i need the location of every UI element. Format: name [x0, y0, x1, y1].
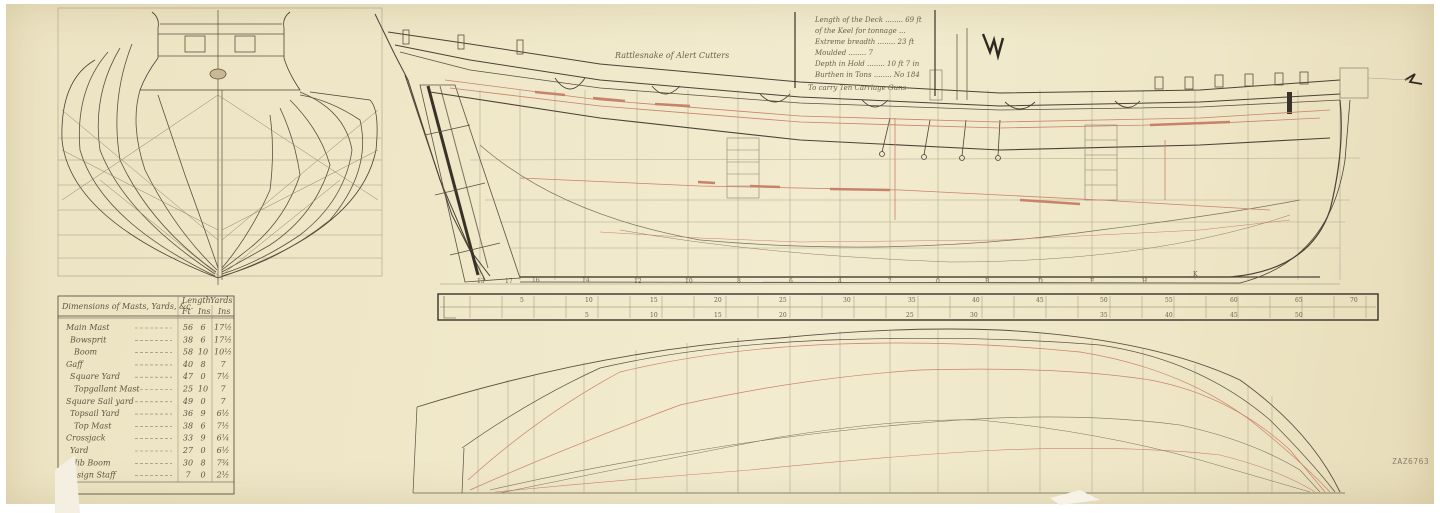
dimensions-table-rows: Main Mast56617½Bowsprit38617½Boom581010½…: [65, 323, 232, 480]
svg-text:K: K: [1193, 271, 1198, 278]
svg-text:7: 7: [185, 471, 191, 480]
half-breadth-plan: [413, 329, 1345, 493]
table-row: Top Mast3867½: [74, 421, 229, 430]
svg-text:14: 14: [582, 277, 590, 284]
svg-text:of the Keel for tonnage ...: of the Keel for tonnage ...: [815, 27, 906, 35]
svg-text:Crossjack: Crossjack: [66, 434, 106, 443]
svg-text:2: 2: [888, 278, 892, 285]
svg-text:Ins: Ins: [197, 307, 210, 316]
svg-text:5: 5: [520, 297, 524, 304]
svg-text:D: D: [1038, 278, 1043, 285]
svg-text:50: 50: [1295, 312, 1303, 319]
svg-text:7: 7: [220, 397, 226, 406]
svg-text:35: 35: [1100, 312, 1108, 319]
table-row: Main Mast56617½: [65, 323, 232, 332]
svg-text:6½: 6½: [217, 409, 230, 418]
svg-text:36: 36: [183, 409, 193, 418]
svg-text:15: 15: [714, 312, 722, 319]
svg-text:38: 38: [183, 335, 193, 344]
svg-text:27: 27: [182, 446, 194, 455]
svg-text:9: 9: [200, 409, 205, 418]
scale-bar: 5 10 15 20 25 30 35 40 45 50 55 60 65 70…: [438, 294, 1378, 320]
svg-text:20: 20: [714, 297, 722, 304]
svg-text:25: 25: [779, 297, 787, 304]
svg-text:8: 8: [737, 278, 741, 285]
table-row: Jib Boom3087¾: [72, 458, 229, 467]
svg-text:Ins: Ins: [217, 307, 230, 316]
svg-text:10½: 10½: [214, 348, 232, 357]
svg-text:45: 45: [1230, 312, 1238, 319]
svg-text:16: 16: [532, 277, 540, 284]
svg-text:40: 40: [972, 297, 980, 304]
svg-text:25: 25: [906, 312, 914, 319]
svg-text:6¼: 6¼: [217, 434, 230, 443]
svg-text:Jib Boom: Jib Boom: [72, 458, 111, 467]
svg-text:Dimensions of Masts, Yards, &c: Dimensions of Masts, Yards, &c.: [61, 302, 193, 311]
svg-text:Boom: Boom: [73, 348, 98, 357]
svg-text:47: 47: [182, 372, 194, 381]
svg-text:10: 10: [585, 297, 593, 304]
table-row: Crossjack3396¼: [66, 434, 229, 443]
svg-text:Moulded ........ 7: Moulded ........ 7: [814, 49, 873, 57]
svg-text:7½: 7½: [217, 421, 230, 430]
svg-text:Yards: Yards: [210, 296, 232, 305]
svg-text:35: 35: [908, 297, 916, 304]
svg-text:7: 7: [220, 360, 226, 369]
svg-text:9: 9: [200, 434, 205, 443]
svg-text:6½: 6½: [217, 446, 230, 455]
svg-text:Topgallant Mast: Topgallant Mast: [74, 385, 140, 394]
archive-stamp: ZAZ6763: [1392, 457, 1429, 466]
svg-text:45: 45: [1036, 297, 1044, 304]
svg-text:6: 6: [789, 278, 793, 285]
svg-text:50: 50: [1100, 297, 1108, 304]
svg-text:8: 8: [200, 360, 205, 369]
svg-text:33: 33: [183, 434, 193, 443]
particulars-box: Length of the Deck ........ 69 ft of the…: [795, 10, 935, 96]
svg-text:10: 10: [198, 348, 208, 357]
svg-text:7: 7: [220, 385, 226, 394]
sheer-plan: [375, 14, 1422, 284]
svg-text:Gaff: Gaff: [66, 360, 84, 369]
svg-text:30: 30: [183, 458, 193, 467]
svg-text:40: 40: [1165, 312, 1173, 319]
svg-text:5: 5: [585, 312, 589, 319]
svg-text:10: 10: [685, 278, 693, 285]
svg-text:Length of the Deck ........ 69: Length of the Deck ........ 69 ft: [814, 16, 922, 24]
svg-text:Length: Length: [181, 296, 211, 305]
svg-text:12: 12: [634, 278, 642, 285]
svg-text:6: 6: [200, 421, 205, 430]
svg-text:38: 38: [183, 421, 193, 430]
svg-text:Extreme breadth ........ 23 ft: Extreme breadth ........ 23 ft: [814, 38, 914, 46]
body-plan: [58, 8, 382, 285]
svg-text:7¾: 7¾: [217, 458, 230, 467]
svg-text:To carry Ten Carriage Guns: To carry Ten Carriage Guns: [808, 84, 907, 92]
svg-text:F: F: [1090, 278, 1094, 285]
svg-text:25: 25: [182, 385, 193, 394]
svg-text:4: 4: [838, 278, 842, 285]
svg-text:H: H: [1142, 278, 1147, 285]
svg-text:15: 15: [650, 297, 658, 304]
svg-text:Yard: Yard: [70, 446, 88, 455]
table-row: Gaff4087: [66, 360, 226, 369]
svg-text:49: 49: [182, 397, 193, 406]
svg-text:6: 6: [200, 323, 205, 332]
svg-text:Square Sail yard: Square Sail yard: [66, 397, 134, 406]
paper-damage: [1050, 490, 1100, 505]
svg-text:65: 65: [1295, 297, 1303, 304]
svg-text:30: 30: [970, 312, 978, 319]
svg-text:Topsail Yard: Topsail Yard: [70, 409, 120, 418]
svg-text:17½: 17½: [214, 335, 232, 344]
svg-text:6: 6: [200, 335, 205, 344]
svg-text:10: 10: [650, 312, 658, 319]
svg-text:30: 30: [843, 297, 851, 304]
svg-text:Depth in Hold ........ 10 ft 7: Depth in Hold ........ 10 ft 7 in: [814, 60, 920, 68]
red-deck-lines: [445, 80, 1330, 242]
table-row: Boom581010½: [73, 348, 232, 357]
svg-text:Burthen in Tons ........ No 18: Burthen in Tons ........ No 184: [814, 71, 920, 79]
table-row: Bowsprit38617½: [69, 335, 232, 344]
svg-text:0: 0: [200, 397, 205, 406]
table-row: Ensign Staff702½: [65, 471, 229, 480]
table-row: Square Yard4707½: [70, 372, 229, 381]
svg-text:8: 8: [200, 458, 205, 467]
svg-text:B: B: [985, 278, 990, 285]
chain-plates: [880, 118, 1001, 161]
svg-text:56: 56: [183, 323, 193, 332]
svg-text:60: 60: [1230, 297, 1238, 304]
title-note: Rattlesnake of Alert Cutters: [614, 51, 729, 60]
svg-text:10: 10: [198, 385, 208, 394]
svg-text:Bowsprit: Bowsprit: [69, 335, 107, 344]
svg-text:Top Mast: Top Mast: [74, 421, 112, 430]
svg-text:17½: 17½: [214, 323, 232, 332]
table-row: Yard2706½: [70, 446, 229, 455]
svg-text:7½: 7½: [217, 372, 230, 381]
svg-text:58: 58: [183, 348, 193, 357]
svg-text:70: 70: [1350, 297, 1358, 304]
svg-text:55: 55: [1165, 297, 1173, 304]
svg-text:0: 0: [200, 372, 205, 381]
table-row: Topgallant Mast25107: [74, 385, 226, 394]
table-row: Topsail Yard3696½: [70, 409, 229, 418]
svg-text:2½: 2½: [216, 471, 230, 480]
svg-text:Ft: Ft: [181, 307, 192, 316]
svg-text:Main Mast: Main Mast: [65, 323, 110, 332]
svg-text:17: 17: [505, 278, 513, 285]
svg-text:20: 20: [779, 312, 787, 319]
svg-text:0: 0: [200, 446, 205, 455]
svg-text:40: 40: [182, 360, 193, 369]
ladders: [727, 125, 1117, 200]
svg-text:0: 0: [200, 471, 205, 480]
ship-draught: Length of the Deck ........ 69 ft of the…: [0, 0, 1440, 513]
table-row: Square Sail yard4907: [66, 397, 226, 406]
svg-text:0: 0: [936, 278, 940, 285]
svg-text:13: 13: [477, 278, 485, 285]
svg-text:Square Yard: Square Yard: [70, 372, 120, 381]
